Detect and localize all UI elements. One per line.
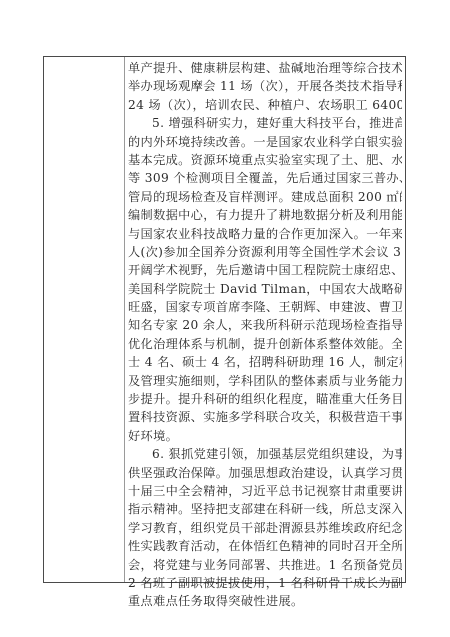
text-line: 供坚强政治保障。加强思想政治建设，认真学习贯彻党的二 — [128, 464, 402, 482]
text-line: 举办现场观摩会 11 场（次），开展各类技术指导和现场培训 — [128, 77, 402, 95]
text-line: 置科技资源、实施多学科联合攻关，积极营造干事创业的良 — [128, 408, 402, 426]
text-line: 十届三中全会精神，习近平总书记视察甘肃重要讲话、重要 — [128, 482, 402, 500]
text-line: 指示精神。坚持把支部建在科研一线，所总支深入开展党纪 — [128, 500, 402, 518]
text-line: 会，将党建与业务同部署、共推进。1 名预备党员按期转正， — [128, 556, 402, 574]
text-line: 与国家农业科技战略力量的合作更加深入。一年来，选派 80 — [128, 225, 402, 243]
text-line: 及管理实施细则，学科团队的整体素质与业务能力得到进一 — [128, 372, 402, 390]
text-line: 学习教育，组织党员干部赴渭源县苏维埃政府纪念馆开展党 — [128, 519, 402, 537]
text-line: 重点难点任务取得突破性进展。 — [128, 592, 402, 610]
text-line: 知名专家 20 余人，来我所科研示范现场检查指导工作。三是 — [128, 316, 402, 334]
text-line: 编制数据中心，有力提升了耕地数据分析及利用能力。二是 — [128, 206, 402, 224]
text-line: 旺盛，国家专项首席李隆、王朝辉、申建波、曹卫东等国内 — [128, 298, 402, 316]
text-line: 的内外环境持续改善。一是国家农业科学白银实验站建设已 — [128, 133, 402, 151]
text-line: 2 名班子副职被提拔使用，1 名科研骨干成长为副所长，一批 — [128, 574, 402, 592]
text-line: 开阔学术视野，先后邀请中国工程院院士康绍忠、徐明岗， — [128, 261, 402, 279]
text-line: 步提升。提升科研的组织化程度，瞄准重大任务目标统筹配 — [128, 390, 402, 408]
text-line: 等 309 个检测项目全覆盖，先后通过国家三普办、省市场监 — [128, 169, 402, 187]
text-line: 士 4 名、硕士 4 名，招聘科研助理 16 人，制定科研助理聘用 — [128, 353, 402, 371]
text-line: 优化治理体系与机制，提升创新体系整体效能。全所引进博 — [128, 335, 402, 353]
label-cell — [44, 57, 124, 582]
content-cell: 单产提升、健康耕层构建、盐碱地治理等综合技术模式 19 项，举办现场观摩会 11… — [128, 59, 402, 582]
text-line: 24 场（次），培训农民、种植户、农场职工 6400 余人（次）。 — [128, 96, 402, 114]
text-line: 管局的现场检查及盲样测评。建成总面积 200 ㎡的三普成果 — [128, 188, 402, 206]
text-line: 基本完成。资源环境重点实验室实现了土、肥、水、微生物 — [128, 151, 402, 169]
report-table: 单产提升、健康耕层构建、盐碱地治理等综合技术模式 19 项，举办现场观摩会 11… — [43, 56, 406, 583]
text-line: 好环境。 — [128, 427, 402, 445]
text-line: 5. 增强科研实力，建好重大科技平台，推进高质量发展 — [128, 114, 402, 132]
text-line: 6. 狠抓党建引领，加强基层党组织建设，为事业发展提 — [128, 445, 402, 463]
text-line: 美国科学院院士 David Tilman，中国农大战略研究院院长高 — [128, 280, 402, 298]
column-divider — [124, 57, 125, 582]
text-line: 单产提升、健康耕层构建、盐碱地治理等综合技术模式 19 项， — [128, 59, 402, 77]
text-line: 人(次)参加全国养分资源利用等全国性学术会议 30 余场次， — [128, 243, 402, 261]
text-line: 性实践教育活动，在体悟红色精神的同时召开全所工作推进 — [128, 537, 402, 555]
